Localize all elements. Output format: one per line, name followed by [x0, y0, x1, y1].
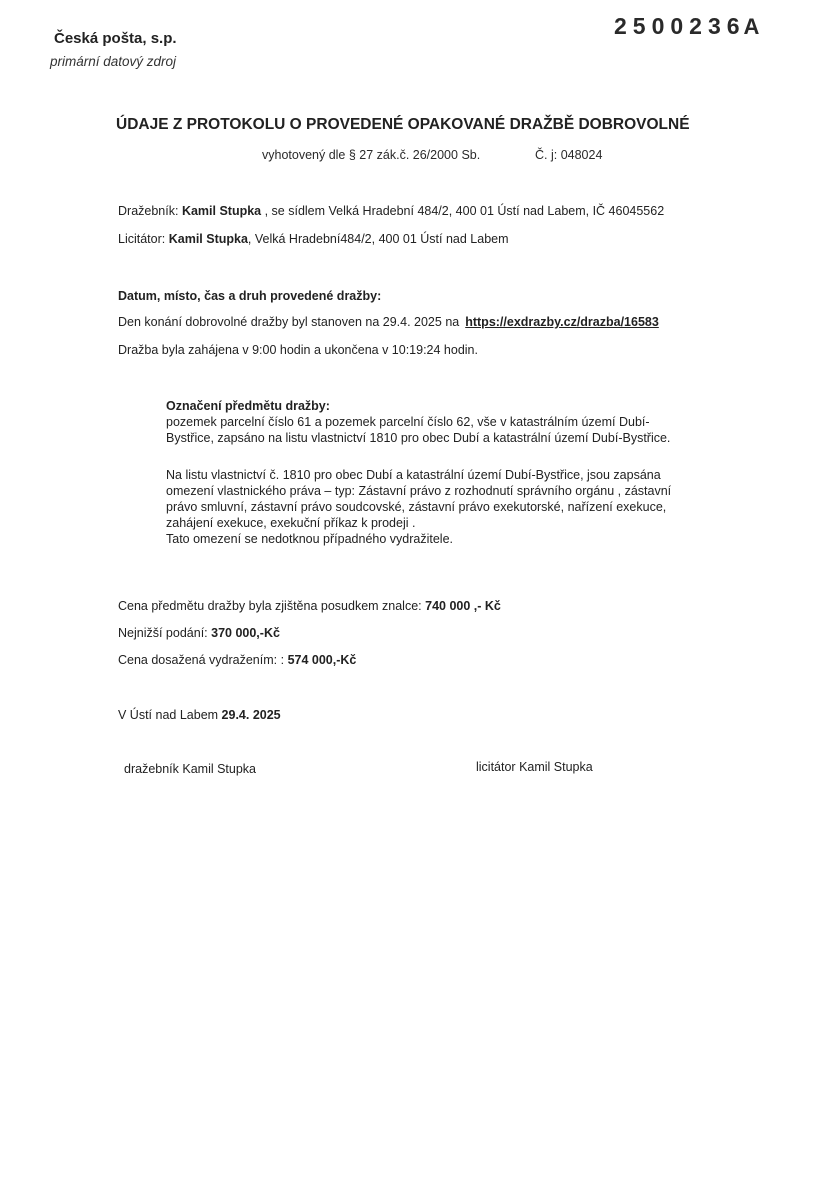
document-title: ÚDAJE Z PROTOKOLU O PROVEDENÉ OPAKOVANÉ … — [116, 116, 690, 134]
final-price-value: 574 000,-Kč — [288, 653, 357, 667]
subject-line: pozemek parcelní číslo 61 a pozemek parc… — [166, 414, 726, 430]
restriction-line: Tato omezení se nedotknou případného vyd… — [166, 531, 726, 547]
licitator-name: Kamil Stupka — [169, 232, 248, 246]
auction-time-line: Dražba byla zahájena v 9:00 hodin a ukon… — [118, 343, 478, 357]
restriction-line: právo smluvní, zástavní právo soudcovské… — [166, 499, 726, 515]
licitator-label: Licitátor: — [118, 232, 165, 246]
lowest-bid-label: Nejnižší podání: — [118, 626, 208, 640]
subject-line: Bystřice, zapsáno na listu vlastnictví 1… — [166, 430, 726, 446]
organization-name: Česká pošta, s.p. — [54, 30, 177, 47]
document-number: 2500236 — [614, 13, 746, 39]
restrictions-block: Na listu vlastnictví č. 1810 pro obec Du… — [166, 467, 726, 547]
auction-date-text: Den konání dobrovolné dražby byl stanove… — [118, 315, 459, 329]
licitator-address: , Velká Hradební484/2, 400 01 Ústí nad L… — [248, 232, 509, 246]
drazebnik-name: Kamil Stupka — [182, 204, 261, 218]
auction-section-heading: Datum, místo, čas a druh provedené dražb… — [118, 289, 381, 303]
subject-heading: Označení předmětu dražby: — [166, 398, 726, 414]
final-price-line: Cena dosažená vydražením: : 574 000,-Kč — [118, 653, 356, 667]
handwritten-mark-icon: A — [744, 14, 760, 40]
drazebnik-line: Dražebník: Kamil Stupka , se sídlem Velk… — [118, 204, 664, 218]
restriction-line: zahájení exekuce, exekuční příkaz k prod… — [166, 515, 726, 531]
drazebnik-label: Dražebník: — [118, 204, 178, 218]
reference-number: Č. j: 048024 — [535, 148, 602, 162]
appraisal-value: 740 000 ,- Kč — [425, 599, 501, 613]
place-date: 29.4. 2025 — [222, 708, 281, 722]
place-label: V Ústí nad Labem — [118, 708, 218, 722]
restriction-line: Na listu vlastnictví č. 1810 pro obec Du… — [166, 467, 726, 483]
auction-link[interactable]: https://exdrazby.cz/drazba/16583 — [465, 315, 659, 329]
appraisal-label: Cena předmětu dražby byla zjištěna posud… — [118, 599, 422, 613]
lowest-bid-value: 370 000,-Kč — [211, 626, 280, 640]
document-subtitle: vyhotovený dle § 27 zák.č. 26/2000 Sb. — [262, 148, 480, 162]
document-number-stamp: 2500236A — [614, 13, 759, 40]
final-price-label: Cena dosažená vydražením: : — [118, 653, 284, 667]
auction-date-line: Den konání dobrovolné dražby byl stanove… — [118, 315, 659, 329]
restriction-line: omezení vlastnického práva – typ: Zástav… — [166, 483, 726, 499]
place-date-line: V Ústí nad Labem 29.4. 2025 — [118, 708, 281, 722]
subject-block: Označení předmětu dražby: pozemek parcel… — [166, 398, 726, 446]
source-note: primární datový zdroj — [50, 54, 176, 69]
lowest-bid-line: Nejnižší podání: 370 000,-Kč — [118, 626, 280, 640]
drazebnik-address: , se sídlem Velká Hradební 484/2, 400 01… — [261, 204, 664, 218]
appraisal-line: Cena předmětu dražby byla zjištěna posud… — [118, 599, 501, 613]
signature-drazebnik: dražebník Kamil Stupka — [124, 762, 256, 776]
signature-licitator: licitátor Kamil Stupka — [476, 760, 593, 774]
licitator-line: Licitátor: Kamil Stupka, Velká Hradební4… — [118, 232, 509, 246]
